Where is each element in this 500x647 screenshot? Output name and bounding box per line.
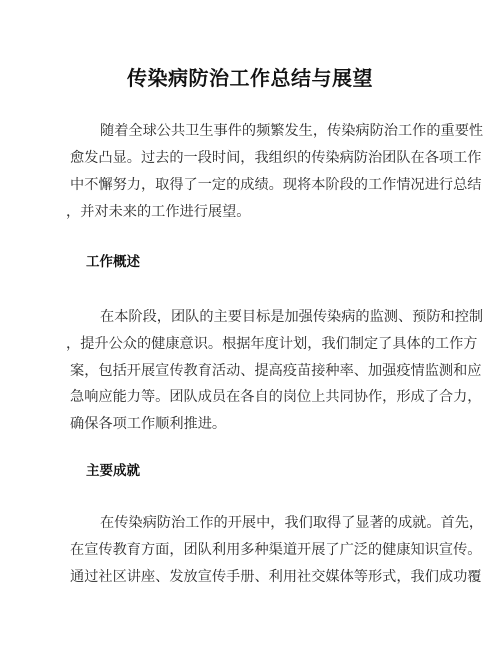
paragraph-line: 中不懈努力，取得了一定的成绩。现将本阶段的工作情况进行总结 <box>70 174 442 194</box>
paragraph-line: ，并对未来的工作进行展望。 <box>66 201 438 221</box>
paragraph-line: 愈发凸显。过去的一段时间，我组织的传染病防治团队在各项工作 <box>70 147 442 167</box>
paragraph-line: 案，包括开展宣传教育活动、提高疫苗接种率、加强疫情监测和应 <box>70 360 442 380</box>
document-title: 传染病防治工作总结与展望 <box>0 62 500 91</box>
paragraph-line: ，提升公众的健康意识。根据年度计划，我们制定了具体的工作方 <box>66 333 442 353</box>
paragraph-line: 在本阶段，团队的主要目标是加强传染病的监测、预防和控制 <box>100 306 442 326</box>
paragraph-line: 通过社区讲座、发放宣传手册、利用社交媒体等形式，我们成功覆 <box>70 566 442 586</box>
paragraph-line: 急响应能力等。团队成员在各自的岗位上共同协作，形成了合力， <box>70 386 442 406</box>
paragraph-line: 在宣传教育方面，团队利用多种渠道开展了广泛的健康知识宣传。 <box>70 539 442 559</box>
paragraph-line: 随着全球公共卫生事件的频繁发生，传染病防治工作的重要性 <box>100 120 442 140</box>
document-page: 传染病防治工作总结与展望 随着全球公共卫生事件的频繁发生，传染病防治工作的重要性… <box>0 0 500 647</box>
paragraph-line: 确保各项工作顺利推进。 <box>70 413 442 433</box>
paragraph-line: 在传染病防治工作的开展中，我们取得了显著的成就。首先， <box>100 512 442 532</box>
section-heading-overview: 工作概述 <box>86 250 140 270</box>
section-heading-achievements: 主要成就 <box>86 459 140 479</box>
